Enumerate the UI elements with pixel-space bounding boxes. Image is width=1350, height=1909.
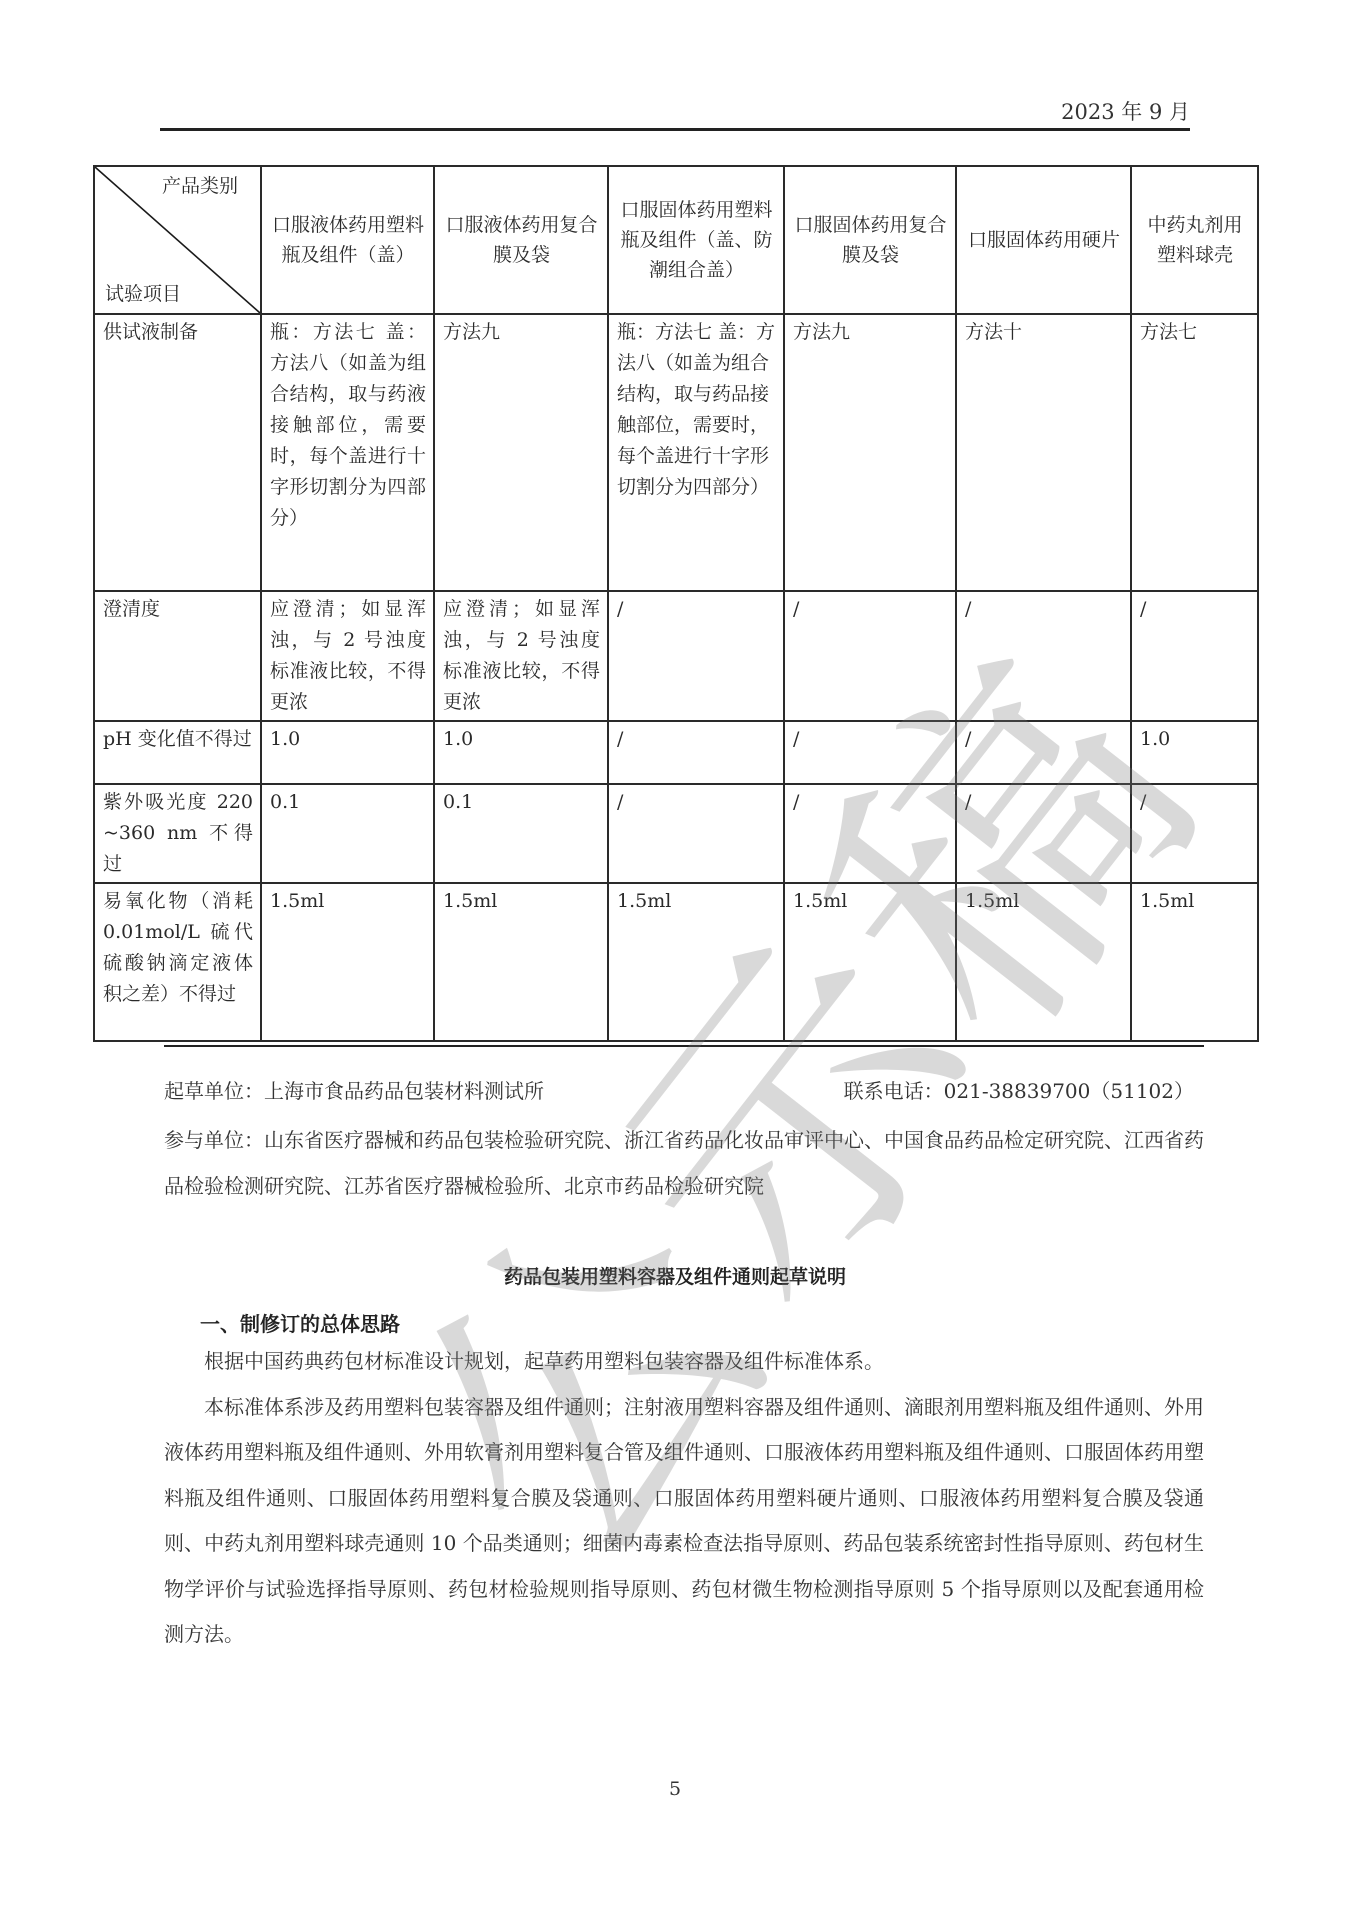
drafting-unit: 起草单位：上海市食品药品包装材料测试所	[164, 1079, 544, 1103]
table-cell: 方法七	[1131, 314, 1258, 591]
table-header-row: 产品类别 试验项目 口服液体药用塑料瓶及组件（盖） 口服液体药用复合膜及袋 口服…	[94, 166, 1258, 314]
table-row: 紫外吸光度 220~360 nm 不得过 0.1 0.1 / / / /	[94, 784, 1258, 883]
table-cell: 0.1	[261, 784, 434, 883]
column-header: 口服液体药用复合膜及袋	[434, 166, 608, 314]
contact-phone: 联系电话：021-38839700（51102）	[844, 1075, 1194, 1104]
body-text: 根据中国药典药包材标准设计规划，起草药用塑料包装容器及组件标准体系。 本标准体系…	[164, 1339, 1204, 1658]
table-cell: 1.5ml	[1131, 883, 1258, 1041]
table-cell: 1.0	[1131, 721, 1258, 784]
table-cell: /	[784, 721, 956, 784]
row-label: 易氧化物（消耗 0.01mol/L 硫代硫酸钠滴定液体积之差）不得过	[94, 883, 261, 1041]
table-cell: 瓶：方法七 盖：方法八（如盖为组合结构，取与药液接触部位，需要时，每个盖进行十字…	[261, 314, 434, 591]
table-cell: /	[608, 784, 784, 883]
column-header: 中药丸剂用塑料球壳	[1131, 166, 1258, 314]
table-cell: 瓶：方法七 盖：方法八（如盖为组合结构，取与药品接触部位，需要时，每个盖进行十字…	[608, 314, 784, 591]
corner-top-label: 产品类别	[162, 171, 238, 201]
page-number: 5	[0, 1778, 1350, 1800]
table-cell: 方法九	[434, 314, 608, 591]
table-row: 澄清度 应澄清；如显浑浊，与 2 号浊度标准液比较，不得更浓 应澄清；如显浑浊，…	[94, 591, 1258, 721]
table-cell: /	[784, 591, 956, 721]
section-heading: 一、制修订的总体思路	[200, 1308, 400, 1337]
table-cell: 应澄清；如显浑浊，与 2 号浊度标准液比较，不得更浓	[261, 591, 434, 721]
row-label: 澄清度	[94, 591, 261, 721]
table-cell: 方法十	[956, 314, 1131, 591]
corner-bottom-label: 试验项目	[105, 279, 181, 309]
column-header: 口服固体药用复合膜及袋	[784, 166, 956, 314]
table-cell: /	[1131, 591, 1258, 721]
spec-table: 产品类别 试验项目 口服液体药用塑料瓶及组件（盖） 口服液体药用复合膜及袋 口服…	[93, 165, 1259, 1042]
drafting-info-line: 起草单位：上海市食品药品包装材料测试所 联系电话：021-38839700（51…	[164, 1075, 1204, 1104]
row-label: 紫外吸光度 220~360 nm 不得过	[94, 784, 261, 883]
table-cell: 0.1	[434, 784, 608, 883]
table-row: 供试液制备 瓶：方法七 盖：方法八（如盖为组合结构，取与药液接触部位，需要时，每…	[94, 314, 1258, 591]
table-cell: /	[1131, 784, 1258, 883]
document-title: 药品包装用塑料容器及组件通则起草说明	[0, 1262, 1350, 1289]
table-cell: 应澄清；如显浑浊，与 2 号浊度标准液比较，不得更浓	[434, 591, 608, 721]
row-label: pH 变化值不得过	[94, 721, 261, 784]
table-cell: 1.5ml	[956, 883, 1131, 1041]
table-cell: /	[608, 721, 784, 784]
table-cell: /	[784, 784, 956, 883]
table-cell: /	[956, 721, 1131, 784]
table-cell: 1.5ml	[261, 883, 434, 1041]
table-row: 易氧化物（消耗 0.01mol/L 硫代硫酸钠滴定液体积之差）不得过 1.5ml…	[94, 883, 1258, 1041]
row-label: 供试液制备	[94, 314, 261, 591]
table-cell: 1.5ml	[784, 883, 956, 1041]
table-cell: 1.0	[261, 721, 434, 784]
table-row: pH 变化值不得过 1.0 1.0 / / / 1.0	[94, 721, 1258, 784]
table-cell: 方法九	[784, 314, 956, 591]
header-rule	[160, 128, 1190, 131]
table-cell: 1.0	[434, 721, 608, 784]
footer-rule	[164, 1045, 1204, 1047]
table-cell: 1.5ml	[434, 883, 608, 1041]
column-header: 口服固体药用塑料瓶及组件（盖、防潮组合盖）	[608, 166, 784, 314]
corner-header-cell: 产品类别 试验项目	[94, 166, 261, 314]
table-cell: /	[956, 784, 1131, 883]
column-header: 口服液体药用塑料瓶及组件（盖）	[261, 166, 434, 314]
table-cell: 1.5ml	[608, 883, 784, 1041]
paragraph: 根据中国药典药包材标准设计规划，起草药用塑料包装容器及组件标准体系。	[164, 1339, 1204, 1385]
paragraph: 本标准体系涉及药用塑料包装容器及组件通则；注射液用塑料容器及组件通则、滴眼剂用塑…	[164, 1385, 1204, 1658]
page-header-date: 2023 年 9 月	[1040, 96, 1190, 126]
column-header: 口服固体药用硬片	[956, 166, 1131, 314]
participating-units: 参与单位：山东省医疗器械和药品包装检验研究院、浙江省药品化妆品审评中心、中国食品…	[164, 1117, 1204, 1209]
table-cell: /	[608, 591, 784, 721]
table-cell: /	[956, 591, 1131, 721]
